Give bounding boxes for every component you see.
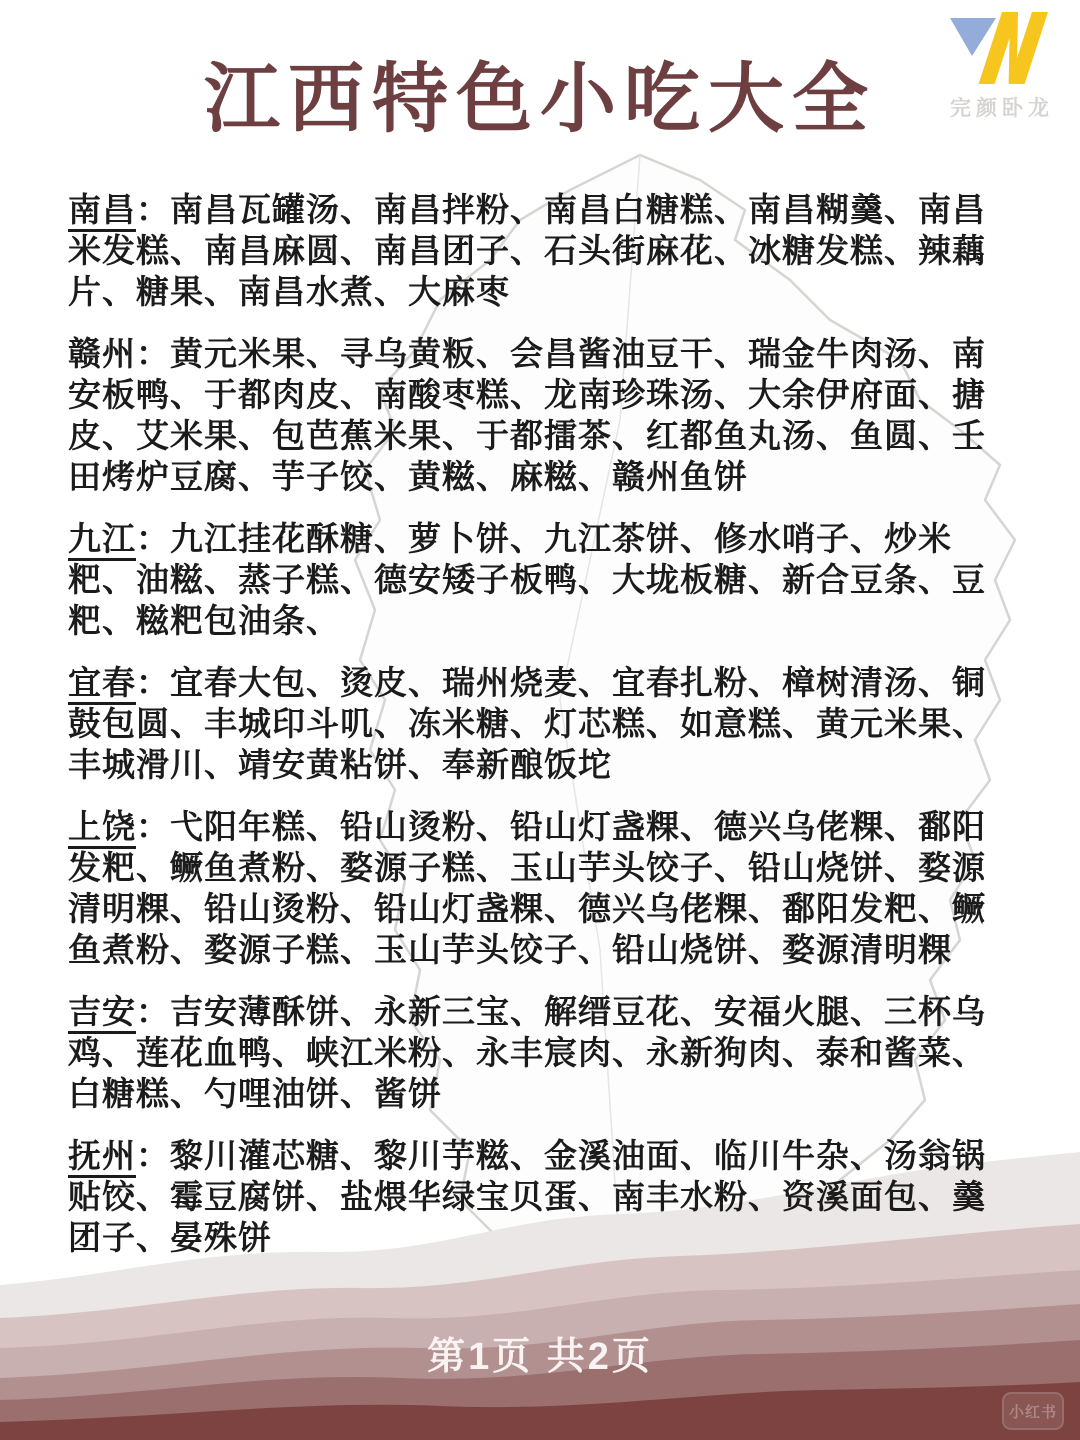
colon-separator: ： — [136, 664, 170, 701]
city-label: 赣州 — [68, 335, 136, 372]
city-label: 抚州 — [68, 1137, 136, 1178]
snack-poster-page: 完颜卧龙 江西特色小吃大全 南昌：南昌瓦罐汤、南昌拌粉、南昌白糖糕、南昌糊羹、南… — [0, 0, 1080, 1440]
snack-items-text: 吉安薄酥饼、永新三宝、解缙豆花、安福火腿、三杯乌鸡、莲花血鸭、峡江米粉、永丰宸肉… — [68, 993, 986, 1112]
city-label: 上饶 — [68, 808, 136, 849]
snack-items-text: 南昌瓦罐汤、南昌拌粉、南昌白糖糕、南昌糊羹、南昌米发糕、南昌麻圆、南昌团子、石头… — [68, 191, 986, 310]
city-label: 南昌 — [68, 191, 136, 232]
brand-logo: 完颜卧龙 — [938, 6, 1066, 122]
snack-section: 赣州：黄元米果、寻乌黄粄、会昌酱油豆干、瑞金牛肉汤、南安板鸭、于都肉皮、南酸枣糕… — [68, 333, 1016, 497]
wave-layer-6 — [0, 1382, 1080, 1440]
app-watermark: 小红书 — [1002, 1392, 1064, 1430]
snack-items-text: 黎川灌芯糖、黎川芋糍、金溪油面、临川牛杂、汤翁锅贴饺、霉豆腐饼、盐煨华绿宝贝蛋、… — [68, 1137, 986, 1256]
snack-section: 吉安：吉安薄酥饼、永新三宝、解缙豆花、安福火腿、三杯乌鸡、莲花血鸭、峡江米粉、永… — [68, 991, 1016, 1114]
snack-items-text: 黄元米果、寻乌黄粄、会昌酱油豆干、瑞金牛肉汤、南安板鸭、于都肉皮、南酸枣糕、龙南… — [68, 335, 986, 495]
colon-separator: ： — [136, 993, 170, 1030]
brand-name: 完颜卧龙 — [938, 92, 1066, 122]
colon-separator: ： — [136, 191, 170, 228]
city-label: 吉安 — [68, 993, 136, 1034]
city-label: 九江 — [68, 520, 136, 561]
page-title: 江西特色小吃大全 — [0, 38, 1080, 147]
colon-separator: ： — [136, 1137, 170, 1174]
snack-items-text: 弋阳年糕、铅山烫粉、铅山灯盏粿、德兴乌佬粿、鄱阳发粑、鳜鱼煮粉、婺源子糕、玉山芋… — [68, 808, 986, 968]
snack-items-text: 宜春大包、烫皮、瑞州烧麦、宜春扎粉、樟树清汤、铜鼓包圆、丰城印斗叽、冻米糖、灯芯… — [68, 664, 986, 783]
brand-logo-icon — [944, 6, 1060, 90]
city-label: 宜春 — [68, 664, 136, 705]
sections: 南昌：南昌瓦罐汤、南昌拌粉、南昌白糖糕、南昌糊羹、南昌米发糕、南昌麻圆、南昌团子… — [0, 189, 1080, 1258]
colon-separator: ： — [136, 335, 170, 372]
colon-separator: ： — [136, 808, 170, 845]
colon-separator: ： — [136, 520, 170, 557]
snack-items-text: 九江挂花酥糖、萝卜饼、九江茶饼、修水哨子、炒米粑、油糍、蒸子糕、德安矮子板鸭、大… — [68, 520, 986, 639]
snack-section: 九江：九江挂花酥糖、萝卜饼、九江茶饼、修水哨子、炒米粑、油糍、蒸子糕、德安矮子板… — [68, 518, 1016, 641]
page-indicator: 第1页 共2页 — [0, 1325, 1080, 1380]
snack-section: 上饶：弋阳年糕、铅山烫粉、铅山灯盏粿、德兴乌佬粿、鄱阳发粑、鳜鱼煮粉、婺源子糕、… — [68, 806, 1016, 970]
snack-section: 宜春：宜春大包、烫皮、瑞州烧麦、宜春扎粉、樟树清汤、铜鼓包圆、丰城印斗叽、冻米糖… — [68, 662, 1016, 785]
snack-section: 抚州：黎川灌芯糖、黎川芋糍、金溪油面、临川牛杂、汤翁锅贴饺、霉豆腐饼、盐煨华绿宝… — [68, 1135, 1016, 1258]
snack-section: 南昌：南昌瓦罐汤、南昌拌粉、南昌白糖糕、南昌糊羹、南昌米发糕、南昌麻圆、南昌团子… — [68, 189, 1016, 312]
